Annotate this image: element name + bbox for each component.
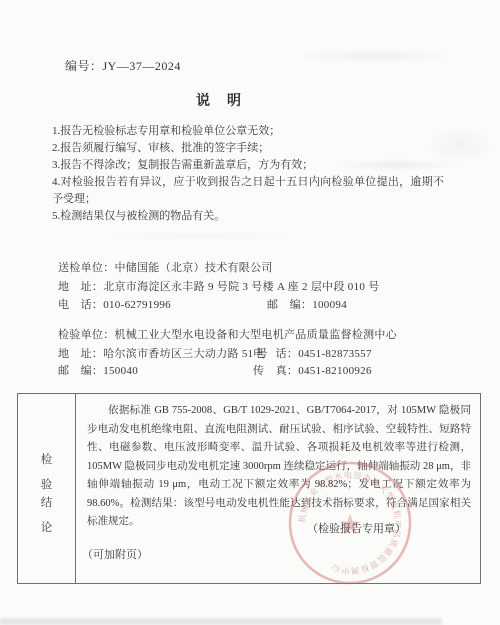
inspector-unit-line: 检验单位：机械工业大型水电设备和大型电机产品质量监督检测中心 [58, 326, 397, 342]
sender-address-line: 地 址：北京市海淀区永丰路 9 号院 3 号楼 A 座 2 层中段 010 号 [58, 278, 380, 294]
inspector-zip-value: 150040 [103, 365, 138, 377]
sender-zip-label: 邮 编： [267, 299, 312, 311]
inspector-phone-line: 电 话：0451-82873557 [253, 345, 372, 361]
report-number-label: 编号： [65, 59, 103, 73]
conclusion-label-char: 检 [18, 451, 75, 467]
note-item: 3.报告不得涂改；复制报告需重新盖章后，方为有效； [52, 157, 444, 174]
sender-zip-value: 100094 [312, 299, 347, 311]
sender-phone-line: 电 话：010-62791996 [58, 296, 171, 312]
note-item: 2.报告须履行编写、审核、批准的签字手续； [52, 140, 444, 157]
appendix-note: （可加附页） [82, 546, 148, 562]
sender-address-value: 北京市海淀区永丰路 9 号院 3 号楼 A 座 2 层中段 010 号 [103, 281, 379, 293]
inspector-fax-value: 0451-82100926 [298, 365, 372, 377]
inspector-unit-value: 机械工业大型水电设备和大型电机产品质量监督检测中心 [115, 329, 398, 341]
inspector-phone-value: 0451-82873557 [298, 348, 372, 360]
inspector-address-value: 哈尔滨市香坊区三大动力路 51 号 [103, 348, 268, 360]
scan-edge-shadow [0, 618, 442, 625]
sender-phone-label: 电 话： [58, 299, 103, 311]
sender-unit-value: 中储国能（北京）技术有限公司 [115, 262, 273, 274]
sender-phone-value: 010-62791996 [103, 299, 171, 311]
inspector-address-line: 地 址：哈尔滨市香坊区三大动力路 51 号 [58, 345, 268, 361]
sender-unit-line: 送检单位：中储国能（北京）技术有限公司 [58, 259, 273, 275]
inspector-fax-label: 传 真： [253, 365, 298, 377]
conclusion-label-cell: 检 验 结 论 [18, 394, 76, 583]
inspector-unit-label: 检验单位： [58, 329, 115, 341]
scanned-report-page: { "report": { "no_label": "编号：", "no_val… [0, 0, 500, 625]
sender-unit-label: 送检单位： [58, 262, 115, 274]
notes-list: 1.报告无检验标志专用章和检验单位公章无效； 2.报告须履行编写、审核、批准的签… [52, 123, 444, 225]
inspector-address-label: 地 址： [58, 348, 103, 360]
sender-zip-line: 邮 编：100094 [267, 296, 347, 312]
seal-caption: （检验报告专用章） [307, 520, 406, 536]
inspector-phone-label: 电 话： [253, 348, 298, 360]
page-title: 说明 [196, 90, 258, 110]
inspector-zip-line: 邮 编：150040 [58, 362, 138, 378]
note-item: 4.对检验报告若有异议，应于收到报告之日起十五日内向检验单位提出，逾期不予受理； [52, 174, 444, 208]
sender-address-label: 地 址： [58, 281, 103, 293]
report-number-value: JY—37—2024 [103, 59, 181, 73]
conclusion-label-char: 结 [18, 494, 75, 510]
conclusion-label-char: 验 [18, 476, 75, 492]
conclusion-label-char: 论 [18, 519, 75, 535]
note-item: 5.检测结果仅与被检测的物品有关。 [52, 208, 444, 225]
note-item: 1.报告无检验标志专用章和检验单位公章无效； [52, 123, 444, 140]
inspector-fax-line: 传 真：0451-82100926 [253, 362, 372, 378]
scan-smudge [100, 230, 300, 242]
scan-smudge [290, 48, 460, 64]
inspector-zip-label: 邮 编： [58, 365, 103, 377]
report-number-line: 编号：JY—37—2024 [65, 57, 181, 74]
